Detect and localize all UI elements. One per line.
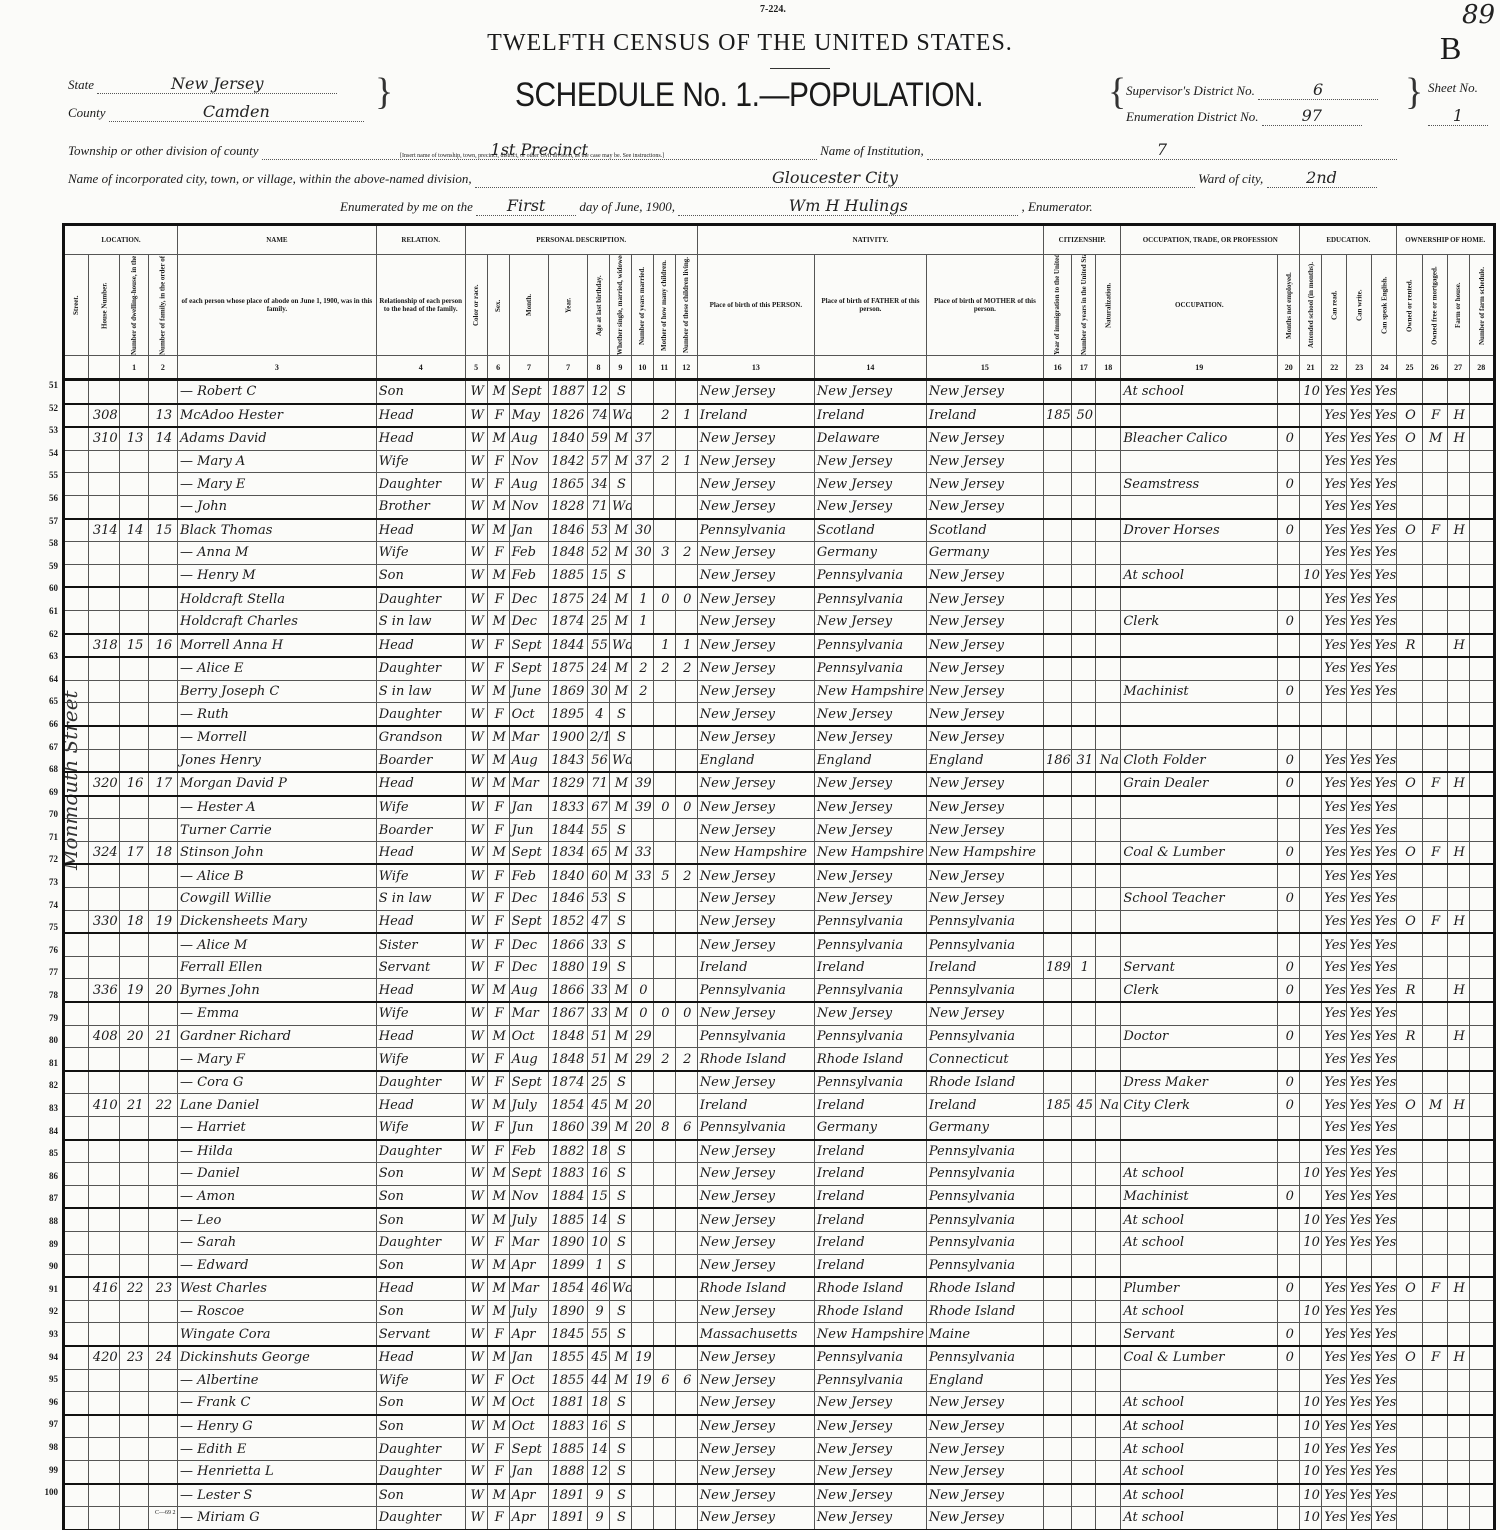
cell-year: 1885: [549, 1208, 588, 1231]
cell-yrs: [1072, 495, 1096, 518]
cell-occ: [1121, 1140, 1278, 1163]
cell-farm: H: [1447, 1025, 1469, 1048]
cell-rel: Servant: [376, 956, 465, 979]
cell-fam: [148, 1438, 177, 1461]
cell-street: [64, 1140, 89, 1163]
cell-street: [64, 726, 89, 749]
cell-write: Yes: [1347, 979, 1372, 1002]
cell-mne: [1278, 542, 1300, 565]
cell-sch: [1300, 979, 1322, 1002]
cell-write: Yes: [1347, 1277, 1372, 1300]
cell-farm: [1447, 1392, 1469, 1415]
column-number: 2: [148, 356, 177, 380]
cell-house: [89, 657, 120, 680]
cell-house: [89, 1392, 120, 1415]
line-number: 51: [32, 374, 58, 397]
cell-year: 1833: [549, 796, 588, 819]
cell-fpob: Pennsylvania: [814, 587, 926, 610]
cell-farm: [1447, 542, 1469, 565]
cell-nat: [1096, 519, 1121, 542]
cell-liv: [675, 1415, 697, 1438]
cell-age: 9: [588, 1507, 610, 1530]
cell-yrs: [1072, 542, 1096, 565]
cell-sch: [1300, 772, 1322, 796]
cell-street: [64, 495, 89, 518]
cell-name: — Alice M: [178, 933, 377, 956]
cell-own: [1397, 380, 1422, 404]
cell-mpob: New Jersey: [926, 680, 1043, 703]
cell-house: [89, 1460, 120, 1483]
cell-farm: [1447, 564, 1469, 587]
cell-read: Yes: [1322, 910, 1347, 933]
column-number: 4: [376, 356, 465, 380]
cell-free: [1422, 1323, 1447, 1346]
cell-yrs: [1072, 380, 1096, 404]
cell-mne: [1278, 587, 1300, 610]
cell-read: Yes: [1322, 979, 1347, 1002]
cell-fpob: Pennsylvania: [814, 1071, 926, 1094]
cell-ym: [631, 473, 653, 496]
cell-nat: [1096, 657, 1121, 680]
cell-liv: [675, 726, 697, 749]
cell-own: O: [1397, 1277, 1422, 1300]
cell-imm: 1854: [1043, 1094, 1071, 1117]
cell-imm: [1043, 495, 1071, 518]
cell-sch: [1300, 749, 1322, 772]
cell-yrs: [1072, 1300, 1096, 1323]
cell-fpob: Pennsylvania: [814, 1346, 926, 1369]
group-name: NAME: [178, 225, 377, 255]
cell-sex: F: [487, 1048, 509, 1071]
cell-read: Yes: [1322, 1185, 1347, 1208]
cell-fs: [1469, 657, 1494, 680]
cell-fam: [148, 1002, 177, 1025]
cell-mpob: Ireland: [926, 404, 1043, 428]
cell-farm: [1447, 1208, 1469, 1231]
cell-yrs: [1072, 564, 1096, 587]
cell-pob: New Jersey: [697, 864, 814, 887]
table-row: — Hester AWifeWFJan183367M3900New Jersey…: [64, 796, 1495, 819]
cell-street: [64, 1392, 89, 1415]
cell-nat: [1096, 1277, 1121, 1300]
cell-free: [1422, 703, 1447, 726]
cell-sch: [1300, 1346, 1322, 1369]
column-header: Age at last birthday.: [588, 255, 610, 356]
cell-yrs: [1072, 1002, 1096, 1025]
cell-yrs: [1072, 1460, 1096, 1483]
cell-free: F: [1422, 404, 1447, 428]
cell-pob: England: [697, 749, 814, 772]
cell-occ: At school: [1121, 1507, 1278, 1530]
cell-name: — Henry M: [178, 564, 377, 587]
cell-fs: [1469, 1369, 1494, 1392]
column-number: 22: [1322, 356, 1347, 380]
cell-marital: S: [609, 564, 631, 587]
cell-rel: Daughter: [376, 1231, 465, 1254]
enumerator-name: Wm H Hulings: [678, 196, 1018, 216]
cell-sex: M: [487, 772, 509, 796]
cell-yrs: [1072, 1507, 1096, 1530]
cell-imm: [1043, 819, 1071, 842]
cell-marital: M: [609, 450, 631, 473]
cell-fam: [148, 796, 177, 819]
cell-mpob: New Jersey: [926, 564, 1043, 587]
cell-write: Yes: [1347, 450, 1372, 473]
cell-fpob: New Jersey: [814, 450, 926, 473]
cell-pob: New Jersey: [697, 888, 814, 911]
cell-yrs: [1072, 1025, 1096, 1048]
cell-dwell: [120, 1484, 148, 1507]
cell-fs: [1469, 1254, 1494, 1277]
cell-street: [64, 1002, 89, 1025]
cell-free: [1422, 473, 1447, 496]
cell-imm: [1043, 1208, 1071, 1231]
cell-mpob: New Jersey: [926, 888, 1043, 911]
cell-rel: Head: [376, 1025, 465, 1048]
column-number: 7: [509, 356, 549, 380]
line-number: 96: [32, 1391, 58, 1414]
cell-house: [89, 726, 120, 749]
cell-own: [1397, 657, 1422, 680]
cell-own: R: [1397, 979, 1422, 1002]
cell-write: Yes: [1347, 956, 1372, 979]
cell-dwell: [120, 587, 148, 610]
cell-liv: [675, 1346, 697, 1369]
cell-color: W: [465, 1163, 487, 1186]
cell-write: Yes: [1347, 1185, 1372, 1208]
cell-liv: 2: [675, 657, 697, 680]
cell-yrs: [1072, 519, 1096, 542]
cell-occ: [1121, 726, 1278, 749]
cell-dwell: [120, 749, 148, 772]
cell-farm: [1447, 819, 1469, 842]
cell-house: 420: [89, 1346, 120, 1369]
cell-mne: [1278, 1507, 1300, 1530]
cell-street: [64, 634, 89, 658]
cell-moth: [653, 1231, 675, 1254]
cell-liv: [675, 1071, 697, 1094]
cell-color: W: [465, 1460, 487, 1483]
table-row: — Frank CSonWMOct188118SNew JerseyNew Je…: [64, 1392, 1495, 1415]
cell-ym: [631, 1484, 653, 1507]
cell-marital: S: [609, 888, 631, 911]
cell-nat: [1096, 1208, 1121, 1231]
cell-farm: [1447, 1231, 1469, 1254]
cell-write: Yes: [1347, 1025, 1372, 1048]
cell-liv: [675, 888, 697, 911]
cell-dwell: 18: [120, 910, 148, 933]
cell-year: 1826: [549, 404, 588, 428]
cell-eng: Yes: [1372, 657, 1397, 680]
cell-street: [64, 1231, 89, 1254]
cell-fam: [148, 1300, 177, 1323]
line-number: 82: [32, 1074, 58, 1097]
cell-month: May: [509, 404, 549, 428]
cell-fs: [1469, 1117, 1494, 1140]
cell-marital: S: [609, 1323, 631, 1346]
cell-dwell: [120, 1185, 148, 1208]
line-number: 78: [32, 984, 58, 1007]
cell-mne: [1278, 1231, 1300, 1254]
ward-value: 2nd: [1267, 168, 1377, 188]
cell-own: [1397, 1140, 1422, 1163]
cell-marital: S: [609, 1185, 631, 1208]
cell-read: [1322, 726, 1347, 749]
cell-house: [89, 1163, 120, 1186]
cell-rel: Head: [376, 910, 465, 933]
cell-house: [89, 495, 120, 518]
cell-name: — Amon: [178, 1185, 377, 1208]
cell-year: 1840: [549, 864, 588, 887]
cell-nat: [1096, 1460, 1121, 1483]
cell-ym: 1: [631, 610, 653, 633]
cell-write: Yes: [1347, 1094, 1372, 1117]
cell-sch: [1300, 1277, 1322, 1300]
cell-color: W: [465, 1346, 487, 1369]
cell-farm: [1447, 1163, 1469, 1186]
cell-fs: [1469, 427, 1494, 450]
cell-house: [89, 796, 120, 819]
cell-fpob: Ireland: [814, 1208, 926, 1231]
cell-eng: Yes: [1372, 1117, 1397, 1140]
cell-occ: [1121, 796, 1278, 819]
cell-fam: [148, 450, 177, 473]
cell-house: [89, 1300, 120, 1323]
cell-yrs: 45: [1072, 1094, 1096, 1117]
cell-marital: S: [609, 956, 631, 979]
cell-rel: Head: [376, 841, 465, 864]
cell-color: W: [465, 703, 487, 726]
cell-pob: Pennsylvania: [697, 519, 814, 542]
cell-month: Nov: [509, 450, 549, 473]
cell-marital: S: [609, 933, 631, 956]
cell-free: [1422, 634, 1447, 658]
cell-occ: Coal & Lumber: [1121, 841, 1278, 864]
cell-own: O: [1397, 772, 1422, 796]
cell-farm: [1447, 1507, 1469, 1530]
cell-sch: [1300, 841, 1322, 864]
cell-pob: New Jersey: [697, 1460, 814, 1483]
cell-imm: [1043, 680, 1071, 703]
cell-rel: Head: [376, 1277, 465, 1300]
cell-fs: [1469, 1208, 1494, 1231]
cell-occ: [1121, 587, 1278, 610]
cell-house: [89, 864, 120, 887]
cell-age: 53: [588, 888, 610, 911]
cell-occ: Coal & Lumber: [1121, 1346, 1278, 1369]
cell-mne: 0: [1278, 519, 1300, 542]
cell-liv: [675, 473, 697, 496]
table-row: 3201617Morgan David PHeadWMMar182971M39N…: [64, 772, 1495, 796]
cell-fpob: Ireland: [814, 1185, 926, 1208]
cell-read: Yes: [1322, 519, 1347, 542]
column-header: Owned or rented.: [1397, 255, 1422, 356]
cell-name: — Anna M: [178, 542, 377, 565]
cell-sch: [1300, 1323, 1322, 1346]
cell-sex: M: [487, 1346, 509, 1369]
column-number: 20: [1278, 356, 1300, 380]
cell-free: [1422, 1415, 1447, 1438]
cell-ym: [631, 634, 653, 658]
line-number: 56: [32, 487, 58, 510]
cell-fam: [148, 495, 177, 518]
cell-dwell: [120, 1369, 148, 1392]
cell-name: — Daniel: [178, 1163, 377, 1186]
cell-imm: [1043, 933, 1071, 956]
cell-age: 15: [588, 1185, 610, 1208]
cell-year: 1900: [549, 726, 588, 749]
cell-sex: M: [487, 1025, 509, 1048]
cell-mne: 0: [1278, 1094, 1300, 1117]
line-number: 98: [32, 1436, 58, 1459]
table-row: Wingate CoraServantWFApr184555SMassachus…: [64, 1323, 1495, 1346]
cell-fs: [1469, 542, 1494, 565]
cell-own: [1397, 495, 1422, 518]
column-header: Relationship of each person to the head …: [376, 255, 465, 356]
cell-fpob: New Hampshire: [814, 680, 926, 703]
cell-age: 45: [588, 1346, 610, 1369]
cell-farm: H: [1447, 1277, 1469, 1300]
cell-write: Yes: [1347, 1208, 1372, 1231]
cell-rel: Son: [376, 1484, 465, 1507]
cell-fam: [148, 749, 177, 772]
cell-color: W: [465, 1071, 487, 1094]
cell-dwell: [120, 1392, 148, 1415]
cell-imm: [1043, 427, 1071, 450]
cell-fpob: Ireland: [814, 1231, 926, 1254]
cell-own: [1397, 796, 1422, 819]
cell-pob: New Jersey: [697, 910, 814, 933]
cell-house: [89, 1507, 120, 1530]
cell-house: [89, 1071, 120, 1094]
table-row: — Henry MSonWMFeb188515SNew JerseyPennsy…: [64, 564, 1495, 587]
line-number: 63: [32, 645, 58, 668]
cell-fam: 24: [148, 1346, 177, 1369]
cell-read: Yes: [1322, 1507, 1347, 1530]
cell-yrs: [1072, 1323, 1096, 1346]
cell-moth: [653, 1392, 675, 1415]
column-header: of each person whose place of abode on J…: [178, 255, 377, 356]
cell-age: 51: [588, 1048, 610, 1071]
cell-yrs: [1072, 772, 1096, 796]
cell-mne: [1278, 703, 1300, 726]
cell-dwell: [120, 796, 148, 819]
cell-house: [89, 1254, 120, 1277]
cell-age: 60: [588, 864, 610, 887]
census-table: LOCATION. NAME RELATION. PERSONAL DESCRI…: [62, 223, 1496, 1530]
cell-moth: 2: [653, 1048, 675, 1071]
cell-pob: New Jersey: [697, 495, 814, 518]
cell-sex: F: [487, 1140, 509, 1163]
table-row: — LeoSonWMJuly188514SNew JerseyIrelandPe…: [64, 1208, 1495, 1231]
cell-fam: [148, 564, 177, 587]
cell-name: — Morrell: [178, 726, 377, 749]
cell-age: 74: [588, 404, 610, 428]
cell-pob: Rhode Island: [697, 1048, 814, 1071]
cell-moth: [653, 1415, 675, 1438]
cell-color: W: [465, 910, 487, 933]
cell-fs: [1469, 495, 1494, 518]
cell-write: Yes: [1347, 749, 1372, 772]
cell-pob: New Jersey: [697, 1369, 814, 1392]
cell-read: Yes: [1322, 657, 1347, 680]
cell-year: 1875: [549, 657, 588, 680]
cell-liv: [675, 1025, 697, 1048]
column-number: 26: [1422, 356, 1447, 380]
cell-own: [1397, 703, 1422, 726]
cell-marital: Wd: [609, 1277, 631, 1300]
cell-ym: 0: [631, 979, 653, 1002]
cell-farm: H: [1447, 427, 1469, 450]
cell-eng: Yes: [1372, 864, 1397, 887]
cell-year: 1846: [549, 519, 588, 542]
cell-yrs: [1072, 888, 1096, 911]
cell-pob: New Jersey: [697, 796, 814, 819]
cell-pob: New Jersey: [697, 1507, 814, 1530]
cell-house: 416: [89, 1277, 120, 1300]
cell-fpob: Ireland: [814, 956, 926, 979]
cell-farm: [1447, 473, 1469, 496]
cell-year: 1899: [549, 1254, 588, 1277]
cell-read: Yes: [1322, 495, 1347, 518]
cell-fs: [1469, 587, 1494, 610]
cell-year: 1865: [549, 473, 588, 496]
cell-read: Yes: [1322, 1323, 1347, 1346]
column-header: Number of farm schedule.: [1469, 255, 1494, 356]
cell-name: Morrell Anna H: [178, 634, 377, 658]
cell-rel: Son: [376, 380, 465, 404]
cell-street: [64, 680, 89, 703]
cell-mne: [1278, 380, 1300, 404]
sheet-value: 1: [1428, 106, 1488, 126]
census-title: TWELFTH CENSUS OF THE UNITED STATES.: [0, 30, 1500, 57]
cell-sch: [1300, 657, 1322, 680]
cell-occ: [1121, 495, 1278, 518]
cell-mpob: New Jersey: [926, 1438, 1043, 1461]
cell-yrs: 31: [1072, 749, 1096, 772]
cell-age: 39: [588, 1117, 610, 1140]
cell-marital: M: [609, 1002, 631, 1025]
cell-yrs: [1072, 1185, 1096, 1208]
cell-free: [1422, 564, 1447, 587]
cell-dwell: [120, 404, 148, 428]
cell-occ: Machinist: [1121, 680, 1278, 703]
cell-month: Dec: [509, 888, 549, 911]
cell-nat: [1096, 1163, 1121, 1186]
cell-sch: 10: [1300, 1460, 1322, 1483]
cell-age: 4: [588, 703, 610, 726]
cell-fpob: Ireland: [814, 1163, 926, 1186]
cell-write: Yes: [1347, 1484, 1372, 1507]
cell-pob: New Jersey: [697, 1300, 814, 1323]
cell-sex: M: [487, 427, 509, 450]
cell-sch: 10: [1300, 564, 1322, 587]
cell-moth: 8: [653, 1117, 675, 1140]
cell-moth: 0: [653, 1002, 675, 1025]
line-number: 90: [32, 1255, 58, 1278]
cell-sex: F: [487, 657, 509, 680]
cell-ym: [631, 819, 653, 842]
cell-mpob: New Jersey: [926, 450, 1043, 473]
cell-dwell: 17: [120, 841, 148, 864]
cell-eng: Yes: [1372, 772, 1397, 796]
cell-mpob: Germany: [926, 542, 1043, 565]
cell-free: [1422, 1507, 1447, 1530]
cell-sex: M: [487, 519, 509, 542]
cell-house: [89, 587, 120, 610]
cell-farm: [1447, 1300, 1469, 1323]
column-header: Can write.: [1347, 255, 1372, 356]
